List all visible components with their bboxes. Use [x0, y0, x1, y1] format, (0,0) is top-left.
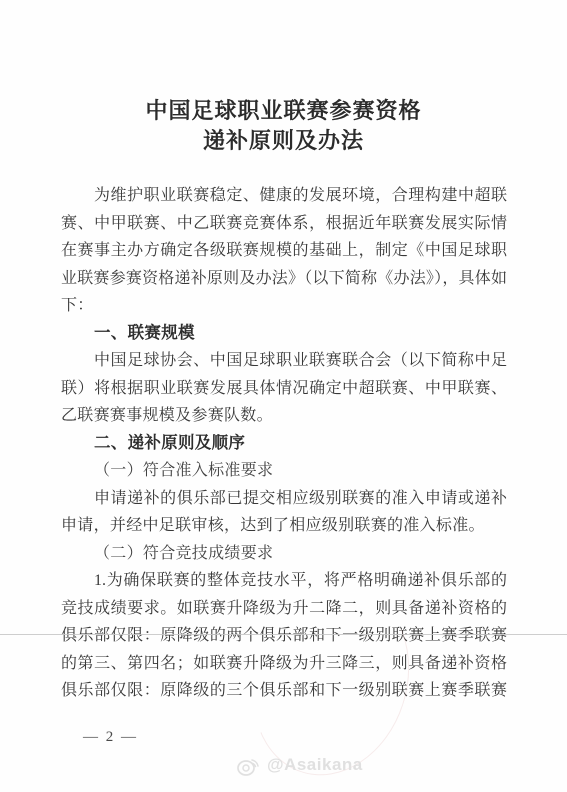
text-line-body: 中国足球协会、中国足球职业联赛联合会（以下简称中足: [61, 347, 507, 375]
text-line-body: 申请，并经中足联审核，达到了相应级别联赛的准入标准。: [61, 512, 507, 540]
watermark: @Asaikana: [236, 753, 363, 777]
fold-crease-artifact: [0, 634, 567, 635]
text-line-body: 为维护职业联赛稳定、健康的发展环境，合理构建中超联: [61, 182, 507, 210]
text-line-body: 乙联赛赛事规模及参赛队数。: [61, 402, 507, 430]
text-line-body: 俱乐部仅限：原降级的两个俱乐部和下一级别联赛上赛季联赛: [61, 622, 507, 650]
page-number: — 2 —: [83, 729, 138, 746]
weibo-icon: [236, 753, 262, 777]
text-line-body: 1.为确保联赛的整体竞技水平，将严格明确递补俱乐部的: [61, 567, 507, 595]
text-line-body: 在赛事主办方确定各级联赛规模的基础上，制定《中国足球职: [61, 237, 507, 265]
text-line-body: 联）将根据职业联赛发展具体情况确定中超联赛、中甲联赛、中: [61, 375, 507, 403]
text-line-sub: （二）符合竞技成绩要求: [61, 540, 507, 568]
document-title: 中国足球职业联赛参赛资格 递补原则及办法: [0, 96, 567, 156]
text-line-body: 业联赛参赛资格递补原则及办法》（以下简称《办法》），具体如: [61, 265, 507, 293]
text-line-body: 俱乐部仅限：原降级的三个俱乐部和下一级别联赛上赛季联赛: [61, 677, 507, 705]
scanned-document-page: 中国足球职业联赛参赛资格 递补原则及办法 为维护职业联赛稳定、健康的发展环境，合…: [0, 0, 567, 792]
text-line-heading: 一、联赛规模: [61, 320, 507, 348]
text-line-body: 下：: [61, 292, 507, 320]
watermark-handle: @Asaikana: [267, 755, 363, 775]
text-line-body: 竞技成绩要求。如联赛升降级为升二降二，则具备递补资格的: [61, 595, 507, 623]
document-title-line-1: 中国足球职业联赛参赛资格: [0, 96, 567, 126]
text-line-heading: 二、递补原则及顺序: [61, 430, 507, 458]
text-line-body: 申请递补的俱乐部已提交相应级别联赛的准入申请或递补: [61, 485, 507, 513]
document-title-line-2: 递补原则及办法: [0, 126, 567, 156]
text-line-sub: （一）符合准入标准要求: [61, 457, 507, 485]
text-line-body: 赛、中甲联赛、中乙联赛竞赛体系，根据近年联赛发展实际情况，: [61, 210, 507, 238]
text-line-body: 的第三、第四名；如联赛升降级为升三降三，则具备递补资格的: [61, 650, 507, 678]
document-body: 为维护职业联赛稳定、健康的发展环境，合理构建中超联赛、中甲联赛、中乙联赛竞赛体系…: [61, 182, 507, 705]
